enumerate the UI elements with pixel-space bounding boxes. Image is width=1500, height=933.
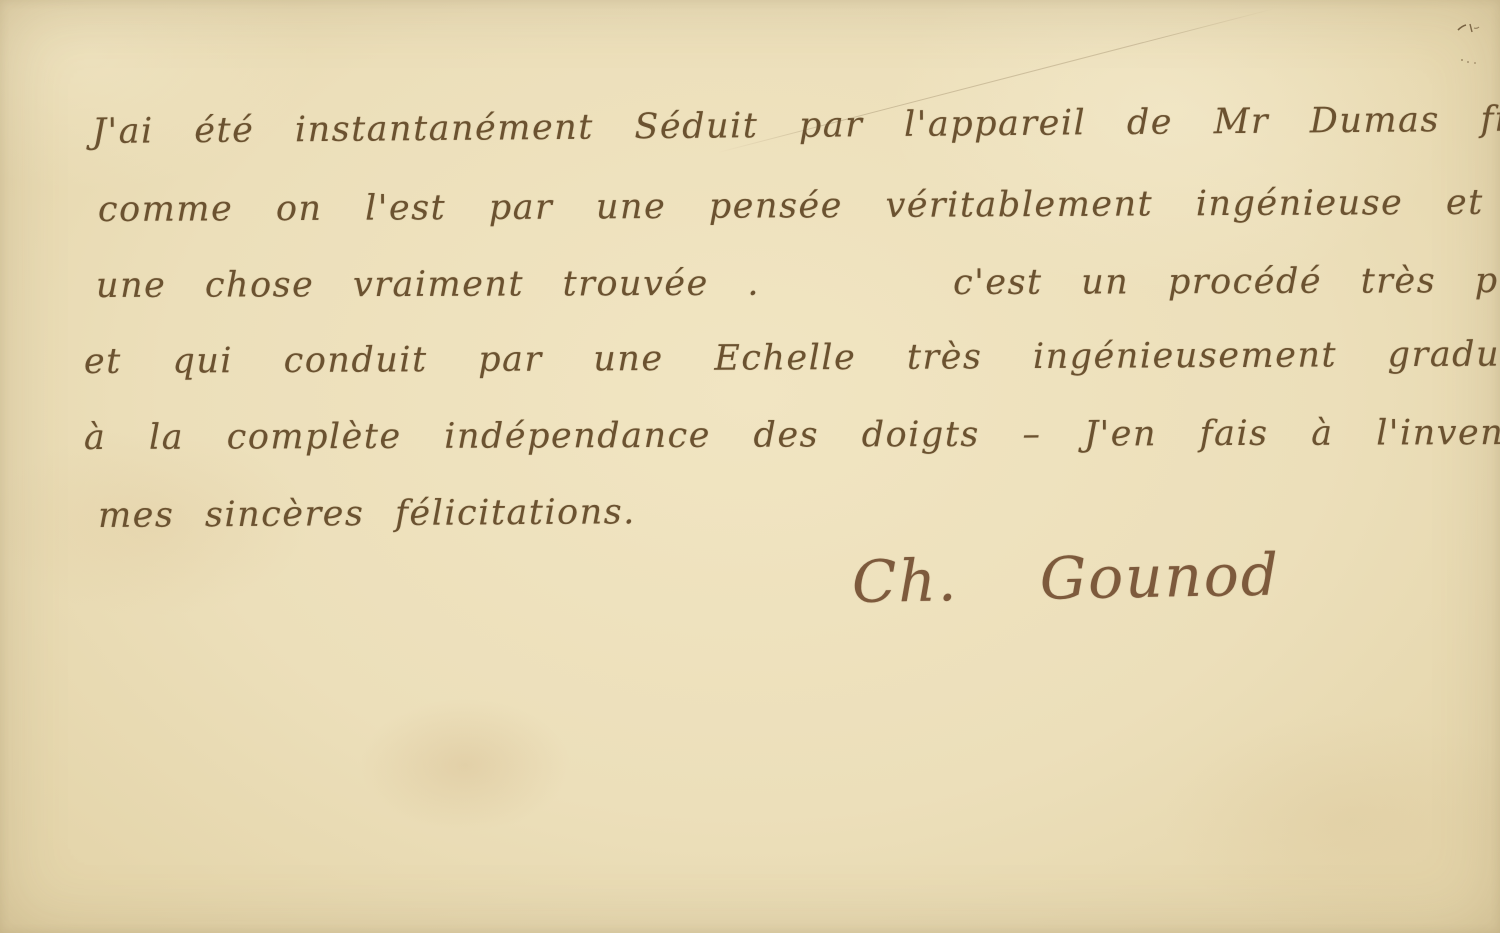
letter-page: J'ai été instantanément Séduit par l'app… xyxy=(0,0,1500,933)
signature-text: Ch. Gounod xyxy=(851,541,1280,616)
letter-line-1: J'ai été instantanément Séduit par l'app… xyxy=(92,99,1500,152)
letter-line-5: à la complète indépendance des doigts – … xyxy=(84,413,1500,458)
letter-line-3: une chose vraiment trouvée . c'est un pr… xyxy=(96,261,1500,306)
letter-line-6: mes sincères félicitations. xyxy=(98,492,636,536)
letter-line-4: et qui conduit par une Echelle très ingé… xyxy=(84,334,1500,382)
letter-line-2: comme on l'est par une pensée véritablem… xyxy=(98,182,1500,230)
stray-ink-mark xyxy=(1452,16,1488,76)
